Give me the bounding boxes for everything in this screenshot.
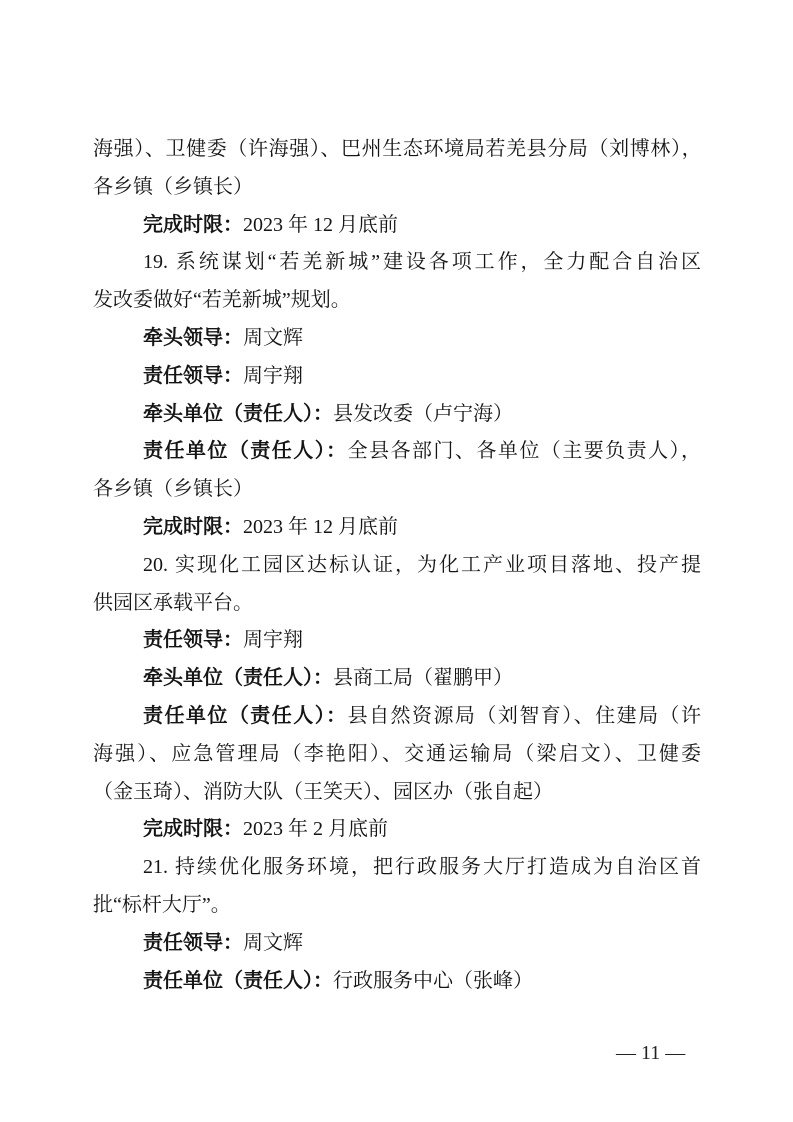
lead-unit-label: 牵头单位（责任人）： <box>143 667 333 689</box>
task-20-line: 20. 实现化工园区达标认证，为化工产业项目落地、投产提 <box>93 547 701 585</box>
task-21-line: 批“标杆大厅”。 <box>93 887 701 925</box>
responsible-units-line: 责任单位（责任人）：县自然资源局（刘智育）、住建局（许 <box>93 698 701 736</box>
responsible-units-line: （金玉琦）、消防大队（王笑天）、园区办（张自起） <box>93 774 701 812</box>
lead-leader-line: 牵头领导：周文辉 <box>93 320 701 358</box>
line-text: 发改委做好“若羌新城”规划。 <box>93 289 351 311</box>
lead-unit-line: 牵头单位（责任人）：县发改委（卢宁海） <box>93 396 701 434</box>
responsible-leader-label: 责任领导： <box>143 629 243 651</box>
line-text: 2023 年 12 月底前 <box>243 516 398 538</box>
line-text: 20. 实现化工园区达标认证，为化工产业项目落地、投产提 <box>143 554 701 576</box>
responsible-leader-label: 责任领导： <box>143 365 243 387</box>
line-text: 供园区承载平台。 <box>93 592 253 614</box>
continued-responsible-units-line: 海强）、卫健委（许海强）、巴州生态环境局若羌县分局（刘博林）， <box>93 131 701 169</box>
deadline-label: 完成时限： <box>143 214 243 236</box>
line-text: 2023 年 2 月底前 <box>243 818 388 840</box>
line-text: 批“标杆大厅”。 <box>93 894 231 916</box>
line-text: 周文辉 <box>243 327 303 349</box>
line-text: （金玉琦）、消防大队（王笑天）、园区办（张自起） <box>93 781 553 803</box>
line-text: 县商工局（翟鹏甲） <box>333 667 513 689</box>
responsible-units-line: 海强）、应急管理局（李艳阳）、交通运输局（梁启文）、卫健委 <box>93 736 701 774</box>
line-text: 周文辉 <box>243 932 303 954</box>
responsible-units-line: 责任单位（责任人）：行政服务中心（张峰） <box>93 963 701 1001</box>
responsible-units-line: 各乡镇（乡镇长） <box>93 471 701 509</box>
document-body: 海强）、卫健委（许海强）、巴州生态环境局若羌县分局（刘博林）， 各乡镇（乡镇长）… <box>93 131 701 1000</box>
page-number: — 11 — <box>616 1040 685 1066</box>
line-text: 行政服务中心（张峰） <box>333 970 533 992</box>
responsible-leader-line: 责任领导：周文辉 <box>93 925 701 963</box>
deadline-line: 完成时限：2023 年 12 月底前 <box>93 207 701 245</box>
line-text: 海强）、应急管理局（李艳阳）、交通运输局（梁启文）、卫健委 <box>93 743 701 765</box>
line-text: 周宇翔 <box>243 629 303 651</box>
line-text: 县自然资源局（刘智育）、住建局（许 <box>348 705 701 727</box>
task-19-line: 19. 系统谋划“若羌新城”建设各项工作，全力配合自治区 <box>93 244 701 282</box>
continued-responsible-units-line: 各乡镇（乡镇长） <box>93 169 701 207</box>
deadline-line: 完成时限：2023 年 12 月底前 <box>93 509 701 547</box>
line-text: 全县各部门、各单位（主要负责人）， <box>348 440 701 462</box>
line-text: 21. 持续优化服务环境，把行政服务大厅打造成为自治区首 <box>143 856 701 878</box>
line-text: 19. 系统谋划“若羌新城”建设各项工作，全力配合自治区 <box>143 251 701 273</box>
task-20-line: 供园区承载平台。 <box>93 585 701 623</box>
line-text: 各乡镇（乡镇长） <box>93 176 253 198</box>
responsible-leader-line: 责任领导：周宇翔 <box>93 358 701 396</box>
lead-unit-label: 牵头单位（责任人）： <box>143 403 333 425</box>
responsible-units-label: 责任单位（责任人）： <box>143 705 348 727</box>
line-text: 县发改委（卢宁海） <box>333 403 513 425</box>
line-text: 周宇翔 <box>243 365 303 387</box>
responsible-leader-label: 责任领导： <box>143 932 243 954</box>
responsible-leader-line: 责任领导：周宇翔 <box>93 622 701 660</box>
line-text: 2023 年 12 月底前 <box>243 214 398 236</box>
line-text: 海强）、卫健委（许海强）、巴州生态环境局若羌县分局（刘博林）， <box>93 138 701 160</box>
deadline-label: 完成时限： <box>143 818 243 840</box>
line-text: 各乡镇（乡镇长） <box>93 478 253 500</box>
responsible-units-label: 责任单位（责任人）： <box>143 970 333 992</box>
document-page: 海强）、卫健委（许海强）、巴州生态环境局若羌县分局（刘博林）， 各乡镇（乡镇长）… <box>0 0 793 1122</box>
responsible-units-label: 责任单位（责任人）： <box>143 440 348 462</box>
lead-unit-line: 牵头单位（责任人）：县商工局（翟鹏甲） <box>93 660 701 698</box>
deadline-line: 完成时限：2023 年 2 月底前 <box>93 811 701 849</box>
task-19-line: 发改委做好“若羌新城”规划。 <box>93 282 701 320</box>
deadline-label: 完成时限： <box>143 516 243 538</box>
task-21-line: 21. 持续优化服务环境，把行政服务大厅打造成为自治区首 <box>93 849 701 887</box>
responsible-units-line: 责任单位（责任人）：全县各部门、各单位（主要负责人）， <box>93 433 701 471</box>
lead-leader-label: 牵头领导： <box>143 327 243 349</box>
